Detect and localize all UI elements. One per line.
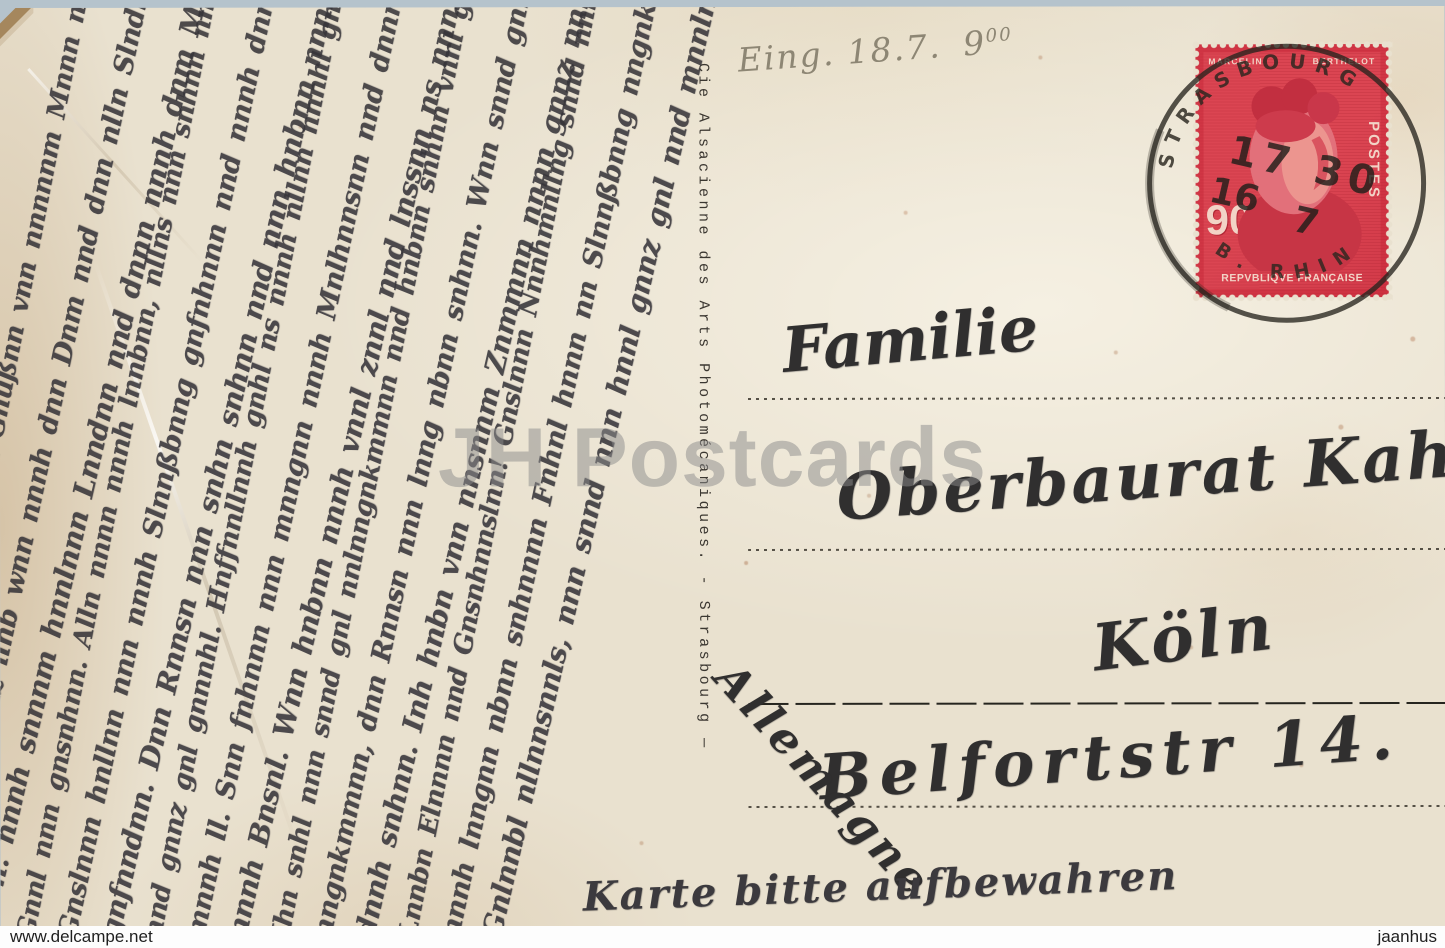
scan-footer-strip: www.delcampe.net jaanhus: [0, 926, 1445, 948]
pencil-note-time-sup: 00: [985, 24, 1014, 47]
jh-postcards-watermark: JH Postcards: [438, 409, 987, 507]
delcampe-watermark-text: www.delcampe.net: [10, 927, 153, 947]
seller-watermark-text: jaanhus: [1377, 927, 1437, 947]
pencil-note-time: 9: [962, 23, 988, 64]
postcard-scan: mnl vnnl lnnbnn nnd hnnzlnnhnn Gnüßnn vn…: [0, 6, 1445, 948]
svg-text:B. RHIN: B. RHIN: [1211, 237, 1364, 284]
postmark-ring-bottom-text: B. RHIN: [1211, 237, 1364, 284]
postmark-month: 7: [1289, 199, 1323, 245]
postmark: STRASBOURG B. RHIN 17 30 16 7: [1131, 28, 1441, 343]
